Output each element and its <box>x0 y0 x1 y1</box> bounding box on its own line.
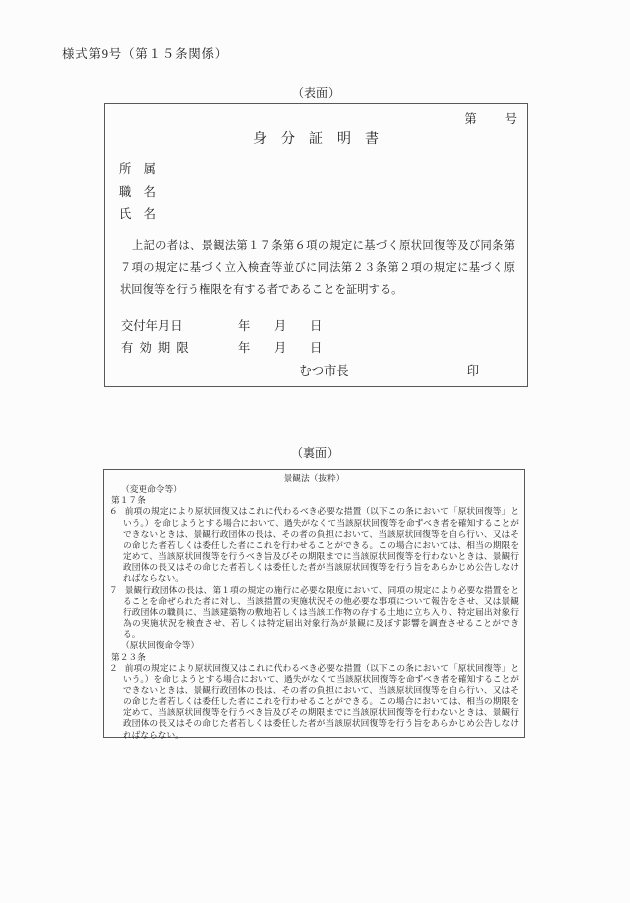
certificate-title: 身分証明書 <box>105 128 527 154</box>
certificate-front-box: 第号 身分証明書 所属 職名 氏名 上記の者は、景観法第１７条第６項の規定に基づ… <box>104 103 528 387</box>
issue-day-label: 日 <box>310 315 346 338</box>
seal-mark: 印 <box>467 360 479 383</box>
form-number-label: 様式第9号（第１５条関係） <box>62 44 228 62</box>
item-text: 前項の規定により原状回復又はこれに代わるべき必要な措置（以下この条において「原状… <box>123 506 519 583</box>
item-number: ２ <box>109 663 118 673</box>
expiry-day-label: 日 <box>310 337 346 360</box>
article-17-item-6: ６前項の規定により原状回復又はこれに代わるべき必要な措置（以下この条において「原… <box>109 506 519 584</box>
issuer-name: むつ市長 <box>299 364 348 378</box>
back-side-label: （裏面） <box>103 444 527 461</box>
expiry-year-label: 年 <box>238 337 274 360</box>
doc-number-suffix: 号 <box>505 112 517 126</box>
field-row-name: 氏名 <box>119 203 527 226</box>
law-title: 景観法（抜粋） <box>109 473 519 484</box>
article-17-heading: 第１７条 <box>109 495 519 506</box>
article-23-item-2: ２前項の規定により原状回復又はこれに代わるべき必要な措置（以下この条において「原… <box>109 663 519 741</box>
issue-month-label: 月 <box>274 315 310 338</box>
field-label-affiliation: 所属 <box>119 162 168 176</box>
doc-number-row: 第号 <box>105 104 527 126</box>
section-note-change-orders: （変更命令等） <box>109 484 519 495</box>
field-row-job-title: 職名 <box>119 181 527 204</box>
field-label-name: 氏名 <box>119 207 168 221</box>
certification-statement: 上記の者は、景観法第１７条第６項の規定に基づく原状回復等及び同条第７項の規定に基… <box>120 235 515 301</box>
law-excerpt-back-box: 景観法（抜粋） （変更命令等） 第１７条 ６前項の規定により原状回復又はこれに代… <box>103 469 525 738</box>
expiry-date-label: 有効期限 <box>121 337 238 360</box>
doc-number-prefix: 第 <box>464 112 476 126</box>
item-text: 景観行政団体の長は、第１項の規定の施行に必要な限度において、同項の規定により必要… <box>123 585 519 640</box>
field-label-job-title: 職名 <box>119 185 168 199</box>
article-23-heading: 第２３条 <box>109 652 519 663</box>
issuer-row: むつ市長 印 <box>121 360 527 383</box>
item-number: ７ <box>109 585 118 595</box>
field-row-affiliation: 所属 <box>119 158 527 181</box>
issue-year-label: 年 <box>238 315 274 338</box>
item-number: ６ <box>109 506 118 516</box>
article-17-item-7: ７景観行政団体の長は、第１項の規定の施行に必要な限度において、同項の規定により必… <box>109 585 519 641</box>
item-text: 前項の規定により原状回復又はこれに代わるべき必要な措置（以下この条において「原状… <box>123 663 519 740</box>
section-note-restoration-orders: （原状回復命令等） <box>109 640 519 651</box>
expiry-date-row: 有効期限年月日 <box>121 337 527 360</box>
expiry-month-label: 月 <box>274 337 310 360</box>
identity-fields: 所属 職名 氏名 <box>119 158 527 226</box>
issue-date-label: 交付年月日 <box>121 315 238 338</box>
date-section: 交付年月日年月日 有効期限年月日 むつ市長 印 <box>121 315 527 383</box>
issue-date-row: 交付年月日年月日 <box>121 315 527 338</box>
front-side-label: （表面） <box>104 84 528 101</box>
